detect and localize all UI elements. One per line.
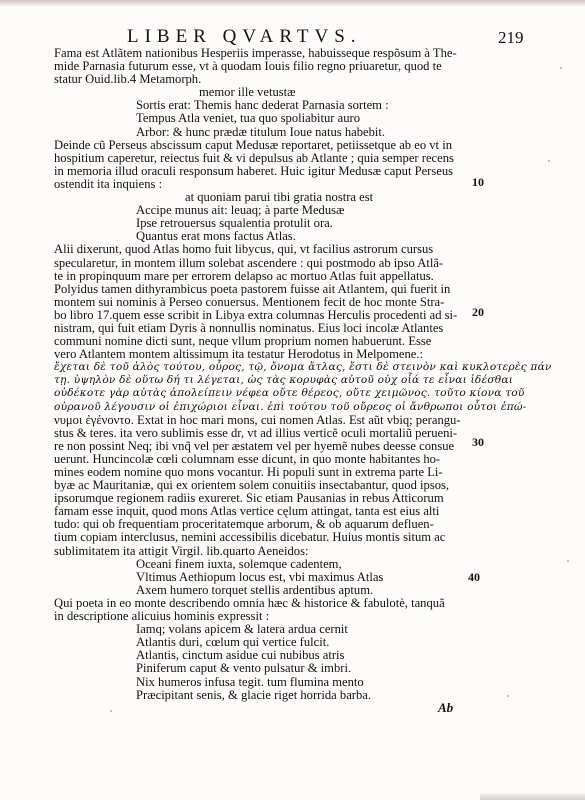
greek-quote-line: τῃ. ὑψηλὸν δὲ οὕτω δή τι λέγεται, ὡς τὰς…	[54, 374, 484, 387]
paper-speck	[548, 160, 550, 162]
running-title: LIBER QVARTVS.	[127, 26, 362, 48]
greek-quote-line: οὐδέκοτε γὰρ αὐτὰς ἀπολείπειν νέφεα οὔτε…	[54, 387, 484, 400]
prose-line: montem sui nominis à Perseo conuersus. M…	[54, 296, 484, 309]
page-bottom-edge-shadow	[480, 793, 585, 800]
margin-line-number: 10	[472, 176, 484, 189]
page-number: 219	[498, 27, 524, 49]
prose-line: re non possint Neq; ibi vnq̃ vel per æst…	[54, 440, 484, 453]
paper-speck	[567, 560, 569, 562]
prose-line: Deinde cũ Perseus abscissum caput Medusæ…	[54, 139, 484, 152]
prose-line: Alii dixerunt, quod Atlas homo fuit liby…	[54, 243, 484, 256]
paper-speck	[507, 695, 509, 697]
prose-line: vero Atlantem montem altissimum ita test…	[54, 348, 484, 361]
paper-speck	[110, 710, 112, 712]
verse-line: Tempus Atla veniet, tua quo spoliabitur …	[54, 112, 484, 125]
verse-line: Nix humeros infusa tegit. tum flumina me…	[54, 676, 484, 689]
prose-line: in memoria illud oraculi responsum haber…	[54, 165, 484, 178]
prose-line: Polyidus tamen dithyrambicus poeta pasto…	[54, 283, 484, 296]
page-top-edge-shadow	[0, 0, 585, 7]
verse-line: Arbor: & hunc prædæ titulum Ioue natus h…	[54, 126, 484, 139]
greek-quote-line: ἔχεται δὲ τοῦ ἁλὸς τούτου, οὖρος, τῷ, ὄν…	[54, 361, 484, 374]
verse-line: Piniferum caput & vento pulsatur & imbri…	[54, 662, 484, 675]
running-head: LIBER QVARTVS. 219	[0, 26, 585, 48]
prose-line: stus & teres. ita vero sublimis esse dr,…	[54, 427, 484, 440]
margin-line-number: 20	[472, 306, 484, 319]
prose-line: sublimitatem ita attigit Virgil. lib.qua…	[54, 545, 484, 558]
body-text: Fama est Atlãtem nationibus Hesperiis im…	[54, 47, 484, 702]
prose-line: hospitium caperetur, reiectus fuit & vi …	[54, 152, 484, 165]
verse-line: Præcipitant senis, & glacie riget horrid…	[54, 689, 484, 702]
verse-line: Vltimus Aethiopum locus est, vbi maximus…	[54, 571, 484, 584]
verse-line: Oceani finem iuxta, solemque cadentem,	[54, 558, 484, 571]
catchword: Ab	[438, 700, 453, 716]
paper-speck	[560, 67, 562, 69]
prose-line: te in propinquum mare per errorem delaps…	[54, 270, 484, 283]
verse-line: Axem humero torquet stellis ardentibus a…	[54, 584, 484, 597]
prose-line: specularetur, in montem illum solebat as…	[54, 257, 484, 270]
margin-line-number: 40	[468, 571, 480, 584]
greek-quote-line: οὐρανοῦ λέγουσιν οἱ ἐπιχώριοι εἶναι. ἐπὶ…	[54, 401, 484, 414]
greek-quote-line: νυμοι ἐγένοντο. Extat in hoc mari mons, …	[54, 414, 484, 427]
prose-line: bo libro 17.quem esse scribit in Libya e…	[54, 309, 484, 322]
margin-line-number: 30	[472, 436, 484, 449]
prose-line: tium copiam interclusus, nemini accessib…	[54, 531, 484, 544]
